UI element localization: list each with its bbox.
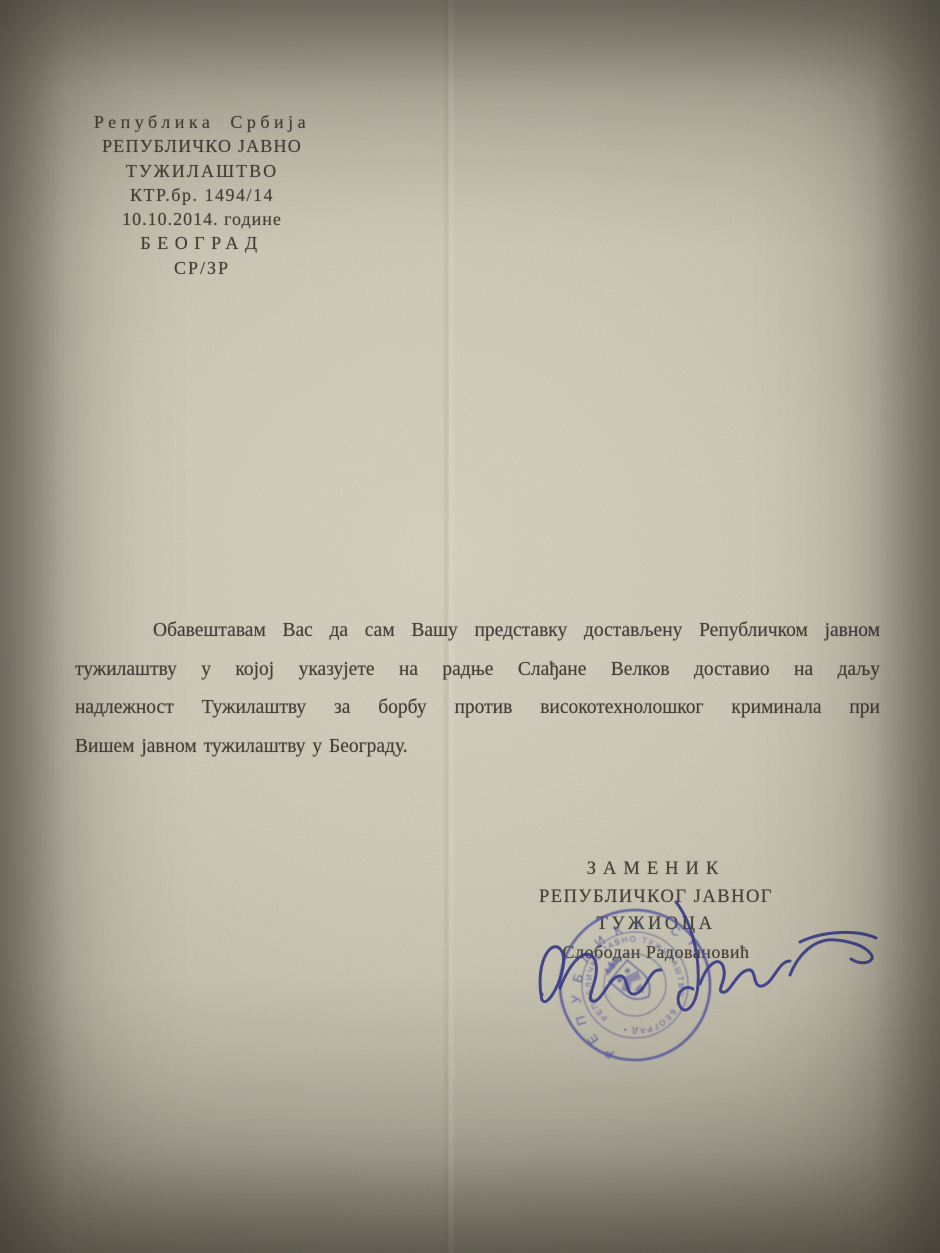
institution-line-2: ТУЖИЛАШТВО <box>66 159 338 183</box>
institution-line-1: РЕПУБЛИЧКО ЈАВНО <box>66 134 338 158</box>
clerk-initials: СР/ЗР <box>66 256 338 280</box>
body-line-3: надлежност Тужилаштву за борбу против ви… <box>75 689 880 728</box>
body-paragraph: Обавештавам Вас да сам Вашу представку д… <box>75 612 880 766</box>
case-number: КТР.бр. 1494/14 <box>66 183 338 207</box>
date-line: 10.10.2014. године <box>66 207 338 231</box>
letterhead: Република Србија РЕПУБЛИЧКО ЈАВНО ТУЖИЛА… <box>66 110 338 280</box>
country-line: Република Србија <box>66 110 338 134</box>
handwritten-signature <box>500 880 900 1030</box>
body-line-1: Обавештавам Вас да сам Вашу представку д… <box>75 612 880 651</box>
document-photo: Република Србија РЕПУБЛИЧКО ЈАВНО ТУЖИЛА… <box>0 0 940 1253</box>
body-line-2: тужилаштву у којој указујете на радње Сл… <box>75 651 880 690</box>
city-line: БЕОГРАД <box>66 231 338 255</box>
body-line-4: Вишем јавном тужилаштву у Београду. <box>75 728 880 767</box>
